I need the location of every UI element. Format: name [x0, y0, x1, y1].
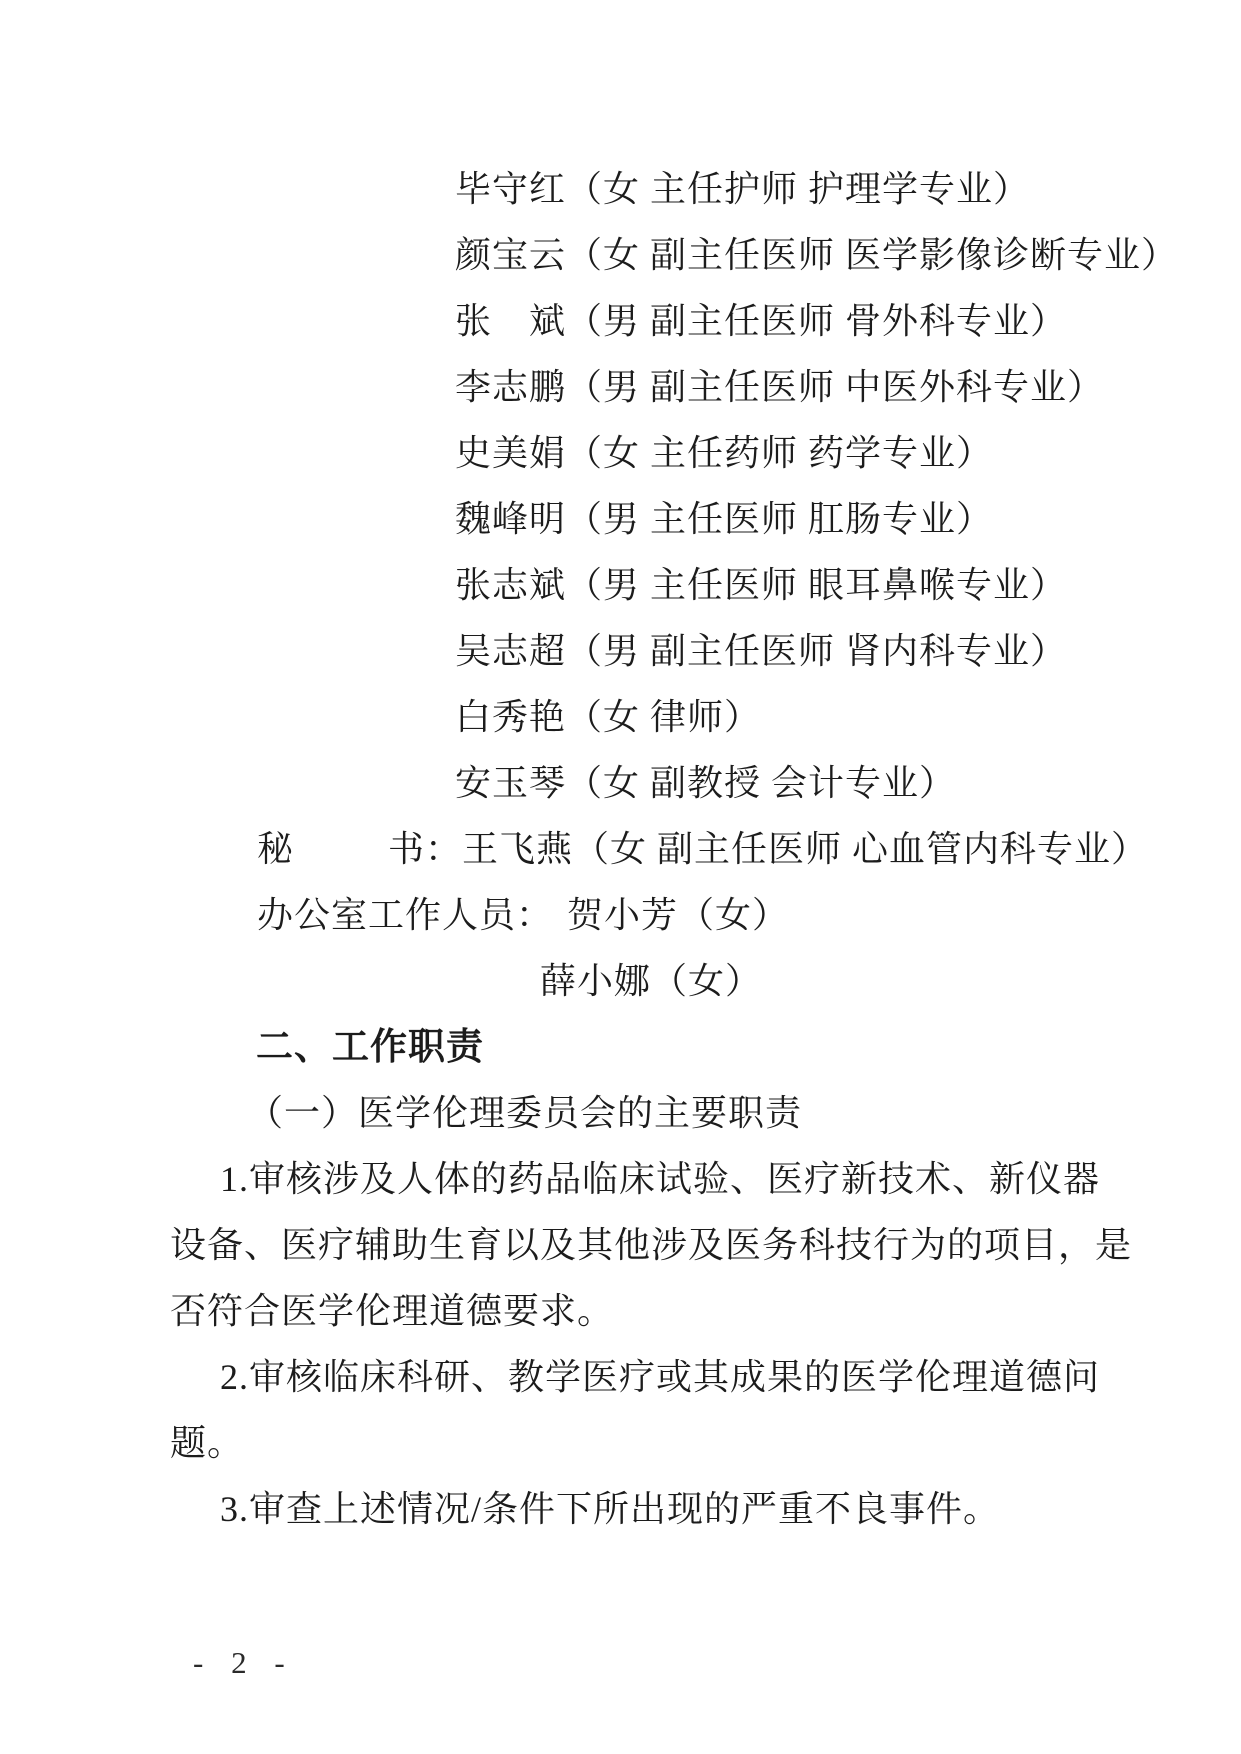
office-staff-1: 贺小芳（女）: [567, 895, 789, 935]
secretary-value: 王飞燕（女 副主任医师 心血管内科专业）: [462, 829, 1148, 869]
member-line-6: 魏峰明（男 主任医师 肛肠专业）: [170, 486, 1075, 552]
secretary-label-char-1: 秘: [257, 816, 294, 882]
secretary-line: 秘书：王飞燕（女 副主任医师 心血管内科专业）: [170, 816, 1075, 882]
document-body: 毕守红（女 主任护师 护理学专业） 颜宝云（女 副主任医师 医学影像诊断专业） …: [170, 156, 1075, 1542]
member-line-9: 白秀艳（女 律师）: [170, 684, 1075, 750]
office-staff-line-2: 薛小娜（女）: [170, 948, 1075, 1014]
paragraph-2-line-1: 2.审核临床科研、教学医疗或其成果的医学伦理道德问: [170, 1344, 1075, 1410]
paragraph-1-line-2: 设备、医疗辅助生育以及其他涉及医务科技行为的项目，是: [170, 1212, 1075, 1278]
member-line-3: 张 斌（男 副主任医师 骨外科专业）: [170, 288, 1075, 354]
member-line-4: 李志鹏（男 副主任医师 中医外科专业）: [170, 354, 1075, 420]
document-page: 毕守红（女 主任护师 护理学专业） 颜宝云（女 副主任医师 医学影像诊断专业） …: [0, 0, 1241, 1754]
secretary-label-char-2: 书: [388, 816, 425, 882]
member-line-2: 颜宝云（女 副主任医师 医学影像诊断专业）: [170, 222, 1075, 288]
paragraph-3-line-1: 3.审查上述情况/条件下所出现的严重不良事件。: [170, 1476, 1075, 1542]
member-line-5: 史美娟（女 主任药师 药学专业）: [170, 420, 1075, 486]
section-heading: 二、工作职责: [170, 1014, 1075, 1080]
office-staff-line-1: 办公室工作人员：贺小芳（女）: [170, 882, 1075, 948]
secretary-colon: ：: [425, 829, 462, 869]
secretary-label: 秘书: [257, 816, 425, 882]
office-label: 办公室工作人员：: [257, 895, 553, 935]
member-line-10: 安玉琴（女 副教授 会计专业）: [170, 750, 1075, 816]
paragraph-1-line-3: 否符合医学伦理道德要求。: [170, 1278, 1075, 1344]
member-line-8: 吴志超（男 副主任医师 肾内科专业）: [170, 618, 1075, 684]
subsection-heading: （一）医学伦理委员会的主要职责: [170, 1080, 1075, 1146]
member-line-7: 张志斌（男 主任医师 眼耳鼻喉专业）: [170, 552, 1075, 618]
member-line-1: 毕守红（女 主任护师 护理学专业）: [170, 156, 1075, 222]
page-number: - 2 -: [193, 1645, 295, 1681]
paragraph-2-line-2: 题。: [170, 1410, 1075, 1476]
paragraph-1-line-1: 1.审核涉及人体的药品临床试验、医疗新技术、新仪器: [170, 1146, 1075, 1212]
